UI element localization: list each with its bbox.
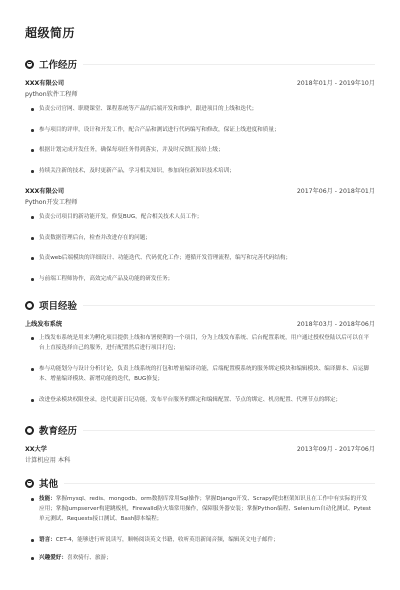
item-label: 语言：	[39, 537, 56, 543]
major-degree: 计算机应用 本科	[25, 455, 70, 464]
list-item: 参与项目的评审，设计和开发工作，配合产品和测试进行代码编写和修改，保证上线进度和…	[31, 125, 371, 135]
list-item: 与前端工程师协作，高效完成产品及功能的研发任务；	[31, 274, 371, 284]
job-role: Python开发工程师	[25, 197, 77, 206]
list-item: 负责web后端模块的详细设计、功能迭代、代码优化工作；遵循开发管理流程，编写和完…	[31, 253, 371, 263]
divider	[83, 430, 375, 431]
section-header-education: 教育经历	[25, 422, 375, 438]
date-range: 2017年06月 - 2018年01月	[297, 186, 375, 195]
divider	[83, 64, 375, 65]
date-range: 2018年03月 - 2018年06月	[297, 319, 375, 328]
minus-circle-icon	[25, 479, 34, 488]
item-text: 喜欢骑行、旅游；	[67, 555, 112, 561]
language-item: 语言：CET-4，能够进行听说读写，顺畅阅读英文书籍，收听英语新闻音频，编辑英文…	[31, 535, 371, 545]
date-range: 2018年01月 - 2019年10月	[297, 78, 375, 87]
list-item: 根据计划完成开发任务，确保每项任务得到落实，并及时反馈汇报给上级；	[31, 145, 371, 155]
section-title: 工作经历	[39, 57, 77, 71]
date-range: 2013年09月 - 2017年06月	[297, 444, 375, 453]
job-role: python软件工程师	[25, 89, 78, 98]
section-title: 教育经历	[39, 423, 77, 437]
minus-circle-icon	[25, 60, 34, 69]
divider	[64, 483, 375, 484]
circle-icon	[25, 301, 34, 310]
item-label: 兴趣爱好：	[39, 555, 67, 561]
section-title: 其他	[39, 476, 58, 490]
item-text: CET-4，能够进行听说读写，顺畅阅读英文书籍，收听英语新闻音频，编辑英文电子邮…	[56, 537, 279, 543]
list-item: 持续关注新的技术，及时更新产品，学习相关知识，参加岗位新知识技术培训；	[31, 166, 371, 176]
work-entry-header: XXX有限公司 2018年01月 - 2019年10月	[25, 77, 375, 87]
list-item: 负责公司项目的新功能开发，修复BUG，配合相关技术人员工作；	[31, 212, 371, 222]
resume-title: 超级简历	[25, 24, 75, 41]
company-name: XXX有限公司	[25, 78, 64, 87]
section-header-work: 工作经历	[25, 56, 375, 72]
item-label: 技能：	[39, 496, 56, 502]
list-item: 上线发布系统是用来为孵化项目提供上线和布署便利的一个项目，分为上线发布系统、后台…	[31, 333, 371, 353]
list-item: 参与功能划分与设计分析讨论，负责上线系统的打包和增量编译功能，后端配置模系统的服…	[31, 364, 371, 384]
divider	[83, 305, 375, 306]
work-entry-header: XXX有限公司 2017年06月 - 2018年01月	[25, 185, 375, 195]
list-item: 负责数据管理后台，检查并改进存在的问题；	[31, 233, 371, 243]
project-entry-header: 上线发布系统 2018年03月 - 2018年06月	[25, 318, 375, 328]
section-header-projects: 项目经验	[25, 297, 375, 313]
section-header-other: 其他	[25, 475, 375, 491]
item-text: 掌握mysql、redis、mongodb、orm数据库常用Sql操作；掌握Dj…	[39, 496, 371, 522]
list-item: 负责公司官网、职晓课堂、课程系统等产品的后端开发和维护，跟进项目的上线和迭代；	[31, 104, 371, 114]
list-item: 改进登录模块权限登录，迭代更新日记功能，发布平台服务的绑定和编辑配置、节点的绑定…	[31, 395, 371, 405]
section-title: 项目经验	[39, 298, 77, 312]
company-name: XXX有限公司	[25, 186, 64, 195]
education-entry-header: XX大学 2013年09月 - 2017年06月	[25, 443, 375, 453]
skills-item: 技能：掌握mysql、redis、mongodb、orm数据库常用Sql操作；掌…	[31, 494, 371, 524]
hobbies-item: 兴趣爱好：喜欢骑行、旅游；	[31, 553, 371, 563]
school-name: XX大学	[25, 444, 47, 453]
circle-icon	[25, 426, 34, 435]
project-name: 上线发布系统	[25, 319, 62, 328]
